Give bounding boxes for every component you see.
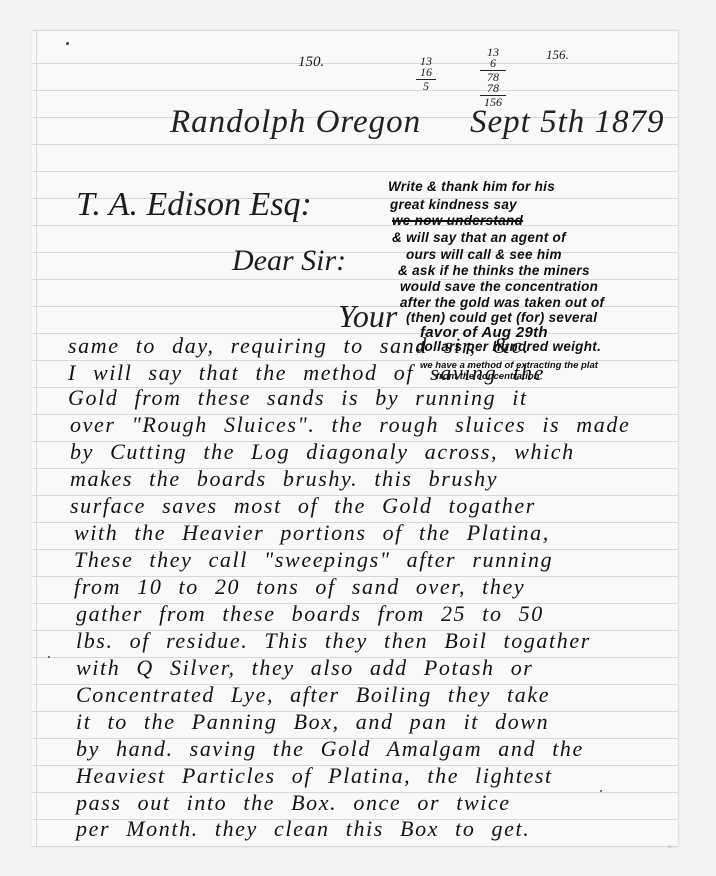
body-line-12: lbs. of residue. This they then Boil tog… [76,630,591,652]
paper-corner-mark: ◦ [667,843,672,853]
tally-left-number: 150. [298,55,324,70]
body-line-4: over "Rough Sluices". the rough sluices … [70,414,630,436]
body-line-5: by Cutting the Log diagonaly across, whi… [70,441,575,463]
tally-sum-b-line-4: 78 [487,81,499,95]
body-line-11: gather from these boards from 25 to 50 [76,603,544,625]
annotation-line-3-struck: we now understand [392,214,523,228]
body-line-13: with Q Silver, they also add Potash or [76,657,533,679]
body-line-7: surface saves most of the Gold togather [70,495,536,517]
ruled-margin-line [36,31,37,847]
annotation-line-2: great kindness say [390,198,517,212]
tally-right-number: 156. [546,48,569,61]
annotation-line-5: ours will call & see him [406,248,562,262]
annotation-line-4: & will say that an agent of [392,231,566,245]
body-line-17: Heaviest Particles of Platina, the light… [76,765,553,787]
body-line-3: Gold from these sands is by running it [68,387,528,409]
body-line-19: per Month. they clean this Box to get. [76,818,530,840]
addressee: T. A. Edison Esq: [76,186,312,224]
body-line-9: These they call "sweepings" after runnin… [74,549,553,571]
tally-sum-a-result: 5 [423,79,429,93]
dateline-place: Randolph Oregon [170,104,421,141]
body-line-6: makes the boards brushy. this brushy [70,468,498,490]
tally-sum-b-line-2: 6 [490,56,496,70]
body-line-14: Concentrated Lye, after Boiling they tak… [76,684,550,706]
dateline-date: Sept 5th 1879 [470,104,664,141]
tally-sum-a-line-2: 16 [420,65,432,79]
opening-word: Your [338,298,397,335]
salutation: Dear Sir: [232,244,346,278]
body-line-16: by hand. saving the Gold Amalgam and the [76,738,584,760]
annotation-line-1: Write & thank him for his [388,180,555,194]
paper-speck [66,42,69,45]
paper-speck [48,656,50,658]
body-line-1: same to day, requiring to sand sir, &c. [68,335,530,357]
annotation-line-8: after the gold was taken out of [400,296,604,310]
annotation-line-9: (then) could get (for) several [406,311,597,325]
annotation-line-7: would save the concentration [400,280,598,294]
body-line-15: it to the Panning Box, and pan it down [76,711,549,733]
tally-sum-b: 13 6 78 78 156 [480,47,506,108]
body-line-10: from 10 to 20 tons of sand over, they [74,576,525,598]
annotation-line-6: & ask if he thinks the miners [398,264,590,278]
body-line-8: with the Heavier portions of the Platina… [74,522,550,544]
tally-sum-a: 13 16 5 [416,56,436,92]
paper-speck [600,790,602,792]
body-line-18: pass out into the Box. once or twice [76,792,511,814]
body-line-2: I will say that the method of saving the [68,362,545,384]
